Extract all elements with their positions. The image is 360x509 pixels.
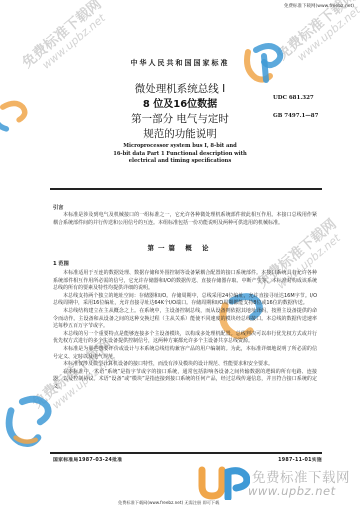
english-title: Microprocessor system bus Ⅰ, 8-bit and 1… xyxy=(70,143,290,166)
up-logo-icon xyxy=(0,98,30,138)
footer-divider xyxy=(50,452,322,454)
intro-paragraph: 本标准是涉及到电气及机械接口的一组标准之一，它允许各种微处理机系统部件彼此相互作… xyxy=(53,212,317,227)
title-line: 第一部分 电气与定时 xyxy=(60,112,300,127)
watermark-text-top-left: 免费标准下载网 www.upbz.net xyxy=(20,0,112,80)
bottom-download-note: 免费标准下载网(www.freebz.net) 无需注册 即可下载 xyxy=(118,500,219,506)
english-title-line: electrical and timing specifications xyxy=(70,158,290,166)
header-divider xyxy=(50,188,322,190)
body-paragraph: 本标准适用于互连的数据处理、数据存储和外围控制等设备紧耦合配置的接口系统部件。本… xyxy=(53,270,317,293)
title-line: 规范的功能说明 xyxy=(60,127,300,142)
body-paragraph: 本标准是为那些想要评价或设计与本系统总线结构兼容产品的用户编制的。为此，本标准详… xyxy=(53,346,317,361)
intro-body: 本标准是涉及到电气及机械接口的一组标准之一，它允许各种微处理机系统部件彼此相互作… xyxy=(53,212,317,227)
brand-name: 免费标准下载网 xyxy=(252,466,350,486)
up-brand-logo-icon xyxy=(196,466,250,500)
body-paragraph: 本总线支持两个独立的地址空间：存储器和I/O。存储周期中，总线采用24位编址，允… xyxy=(53,293,317,308)
body-paragraph: 本总线结构建立在主从概念之上。在系统中，主设备控制总线，而从设备则依据其地址译码… xyxy=(53,308,317,331)
title-line: 微处理机系统总线 I xyxy=(60,82,300,97)
section-heading-scope: 1 范围 xyxy=(53,260,69,267)
national-standard-label: 中华人民共和国国家标准 xyxy=(0,58,360,68)
body-paragraph: 本标准仅涉及微型计算机设备的接口特性，而没有涉及模块的设计规范、性能要求和安全要… xyxy=(53,361,317,369)
gb-number: GB 7497.1—87 xyxy=(273,113,318,119)
approval-date: 国家标准局1987-03-24批准 xyxy=(53,456,122,463)
body-paragraph: 本总线的另一个重要特点是能够连接多个主设备模块，以构成多处理机配置。总线判决可以… xyxy=(53,331,317,346)
title-line: 8 位及16位数据 xyxy=(60,97,300,112)
chapter-title: 第一篇 概 论 xyxy=(0,243,360,252)
up-logo-icon xyxy=(4,395,54,451)
intro-heading: 引言 xyxy=(53,204,63,211)
body-paragraph: 在本标准中，术语“系统”是指字节或字的接口系统，通常包括影响各设备之间传输数据的… xyxy=(53,369,317,392)
scope-body: 本标准适用于互连的数据处理、数据存储和外围控制等设备紧耦合配置的接口系统部件。本… xyxy=(53,270,317,392)
implementation-date: 1987-11-01实施 xyxy=(278,456,322,463)
brand-url: www.upbz.net xyxy=(248,484,336,498)
document-title: 微处理机系统总线 I 8 位及16位数据 第一部分 电气与定时 规范的功能说明 xyxy=(60,82,300,142)
english-title-line: Microprocessor system bus Ⅰ, 8-bit and xyxy=(70,143,290,151)
udc-number: UDC 681.327 xyxy=(273,95,314,101)
english-title-line: 16-bit data Part 1 Functional descriptio… xyxy=(70,151,290,159)
